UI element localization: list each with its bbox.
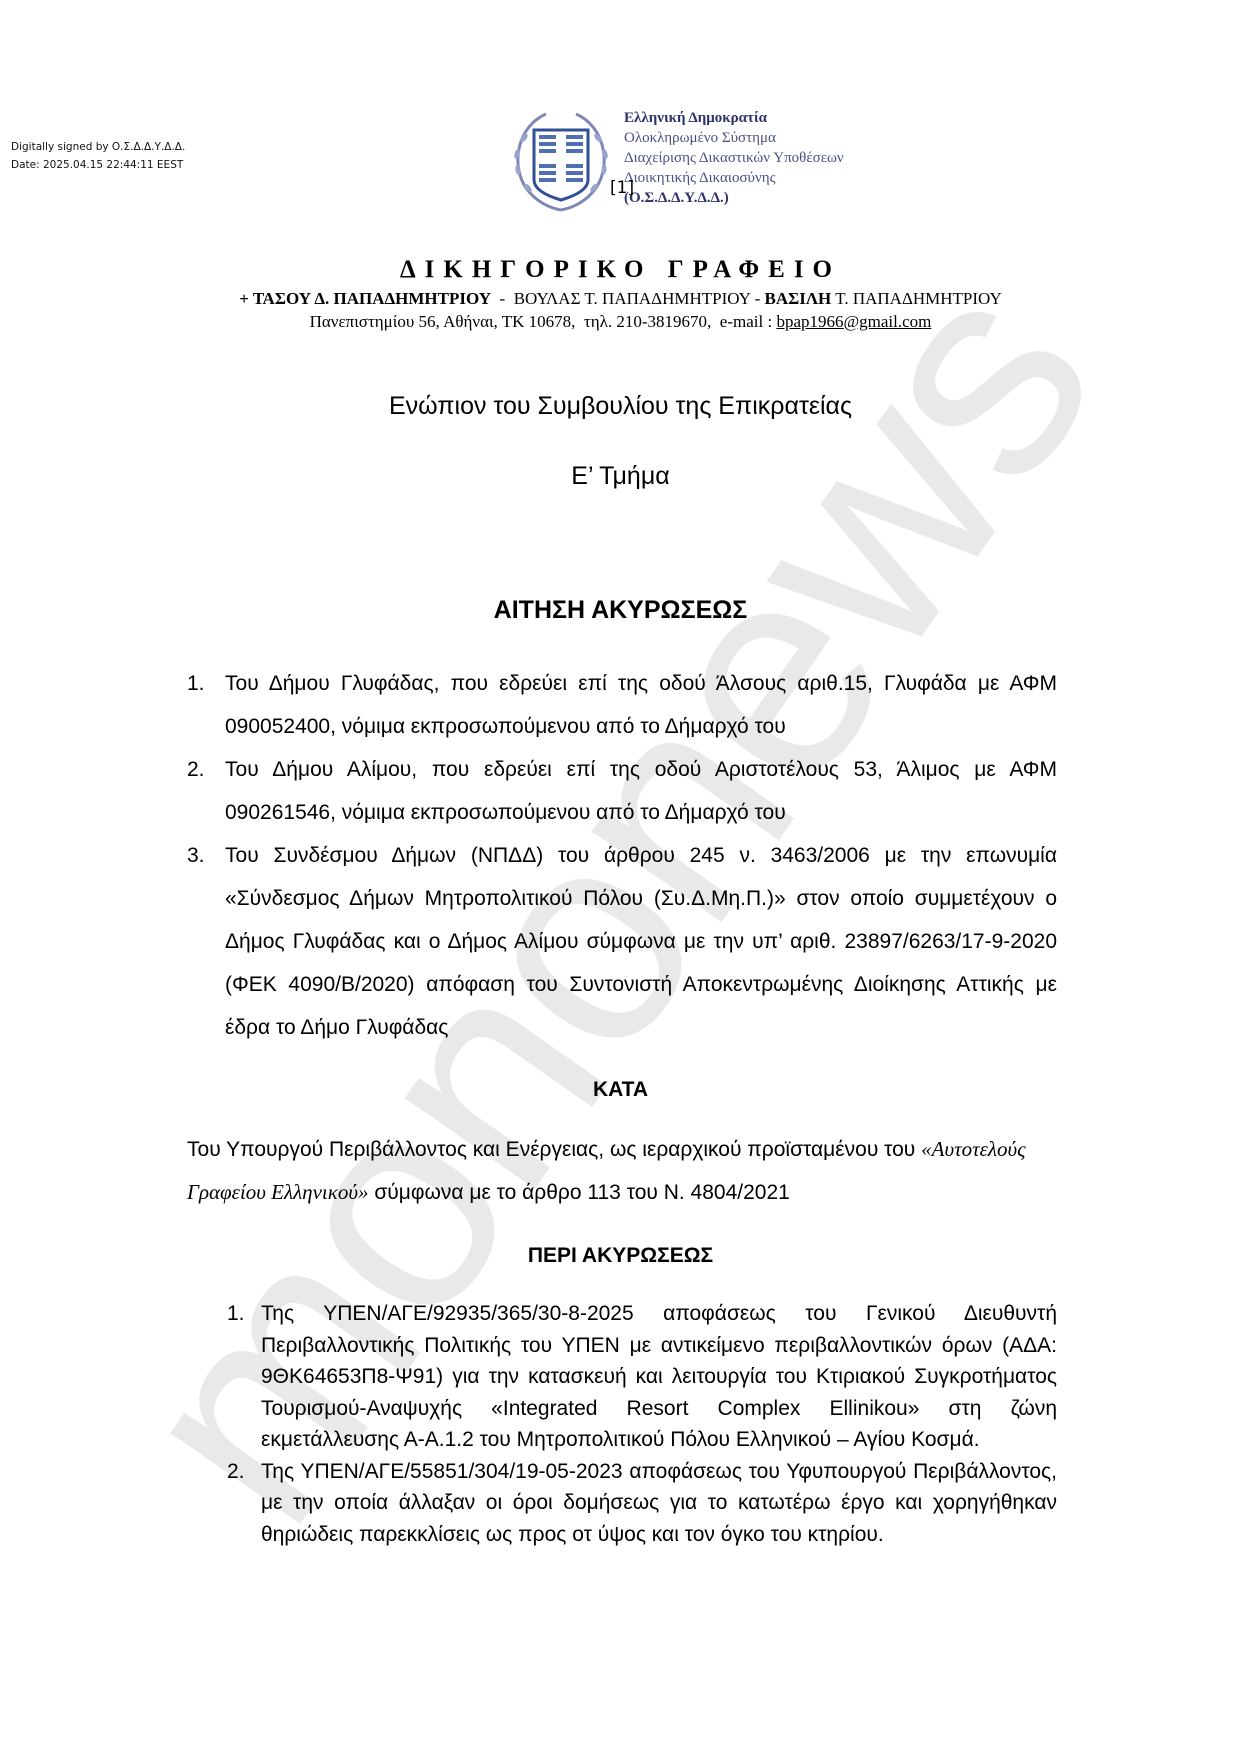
against-heading: ΚΑΤΑ: [0, 1078, 1241, 1102]
office-lawyers: + ΤΑΣΟΥ Δ. ΠΑΠΑΔΗΜΗΤΡΙΟΥ - ΒΟΥΛΑΣ Τ. ΠΑΠ…: [0, 289, 1241, 309]
list-number: 2.: [187, 748, 225, 834]
respondent-text: Του Υπουργού Περιβάλλοντος και Ενέργειας…: [187, 1138, 921, 1161]
email-link[interactable]: bpap1966@gmail.com: [776, 312, 931, 331]
separator: -: [491, 289, 514, 308]
petition-title: ΑΙΤΗΣΗ ΑΚΥΡΩΣΕΩΣ: [0, 596, 1241, 625]
reference-marker: [1]: [610, 178, 634, 198]
list-item: 3. Του Συνδέσμου Δήμων (ΝΠΔΔ) του άρθρου…: [187, 834, 1057, 1049]
list-number: 1.: [227, 1298, 261, 1456]
separator: -: [750, 289, 764, 308]
list-number: 1.: [187, 662, 225, 748]
list-number: 3.: [187, 834, 225, 1049]
lawyer-3-last: Τ. ΠΑΠΑΔΗΜΗΤΡΙΟΥ: [831, 289, 1001, 308]
list-item: 2. Του Δήμου Αλίμου, που εδρεύει επί της…: [187, 748, 1057, 834]
signature-signer: Digitally signed by Ο.Σ.Δ.Δ.Υ.Δ.Δ.: [11, 138, 185, 156]
logo-line-3: Διαχείρισης Δικαστικών Υποθέσεων: [624, 148, 844, 168]
annulment-heading: ΠΕΡΙ ΑΚΥΡΩΣΕΩΣ: [0, 1244, 1241, 1268]
logo-line-2: Ολοκληρωμένο Σύστημα: [624, 128, 844, 148]
address-text: Πανεπιστημίου 56, Αθήναι, ΤΚ 10678, τηλ.…: [310, 312, 777, 331]
office-address: Πανεπιστημίου 56, Αθήναι, ΤΚ 10678, τηλ.…: [0, 312, 1241, 332]
osddydd-logo: Ελληνική Δημοκρατία Ολοκληρωμένο Σύστημα…: [506, 104, 926, 216]
decisions-list: 1. Της ΥΠΕΝ/ΑΓΕ/92935/365/30-8-2025 αποφ…: [227, 1298, 1057, 1550]
signature-date: Date: 2025.04.15 22:44:11 EEST: [11, 156, 185, 174]
section-heading: Ε’ Τμήμα: [0, 462, 1241, 491]
list-item: 1. Της ΥΠΕΝ/ΑΓΕ/92935/365/30-8-2025 αποφ…: [227, 1298, 1057, 1456]
respondent-paragraph: Του Υπουργού Περιβάλλοντος και Ενέργειας…: [187, 1128, 1057, 1214]
document-page: mononews Digitally signed by Ο.Σ.Δ.Δ.Υ.Δ…: [0, 0, 1241, 1755]
list-item: 1. Του Δήμου Γλυφάδας, που εδρεύει επί τ…: [187, 662, 1057, 748]
list-text: Της ΥΠΕΝ/ΑΓΕ/55851/304/19-05-2023 αποφάσ…: [261, 1456, 1057, 1551]
list-item: 2. Της ΥΠΕΝ/ΑΓΕ/55851/304/19-05-2023 απο…: [227, 1456, 1057, 1551]
digital-signature: Digitally signed by Ο.Σ.Δ.Δ.Υ.Δ.Δ. Date:…: [11, 138, 185, 174]
logo-text: Ελληνική Δημοκρατία Ολοκληρωμένο Σύστημα…: [624, 108, 844, 208]
respondent-rest: σύμφωνα με το άρθρο 113 του Ν. 4804/2021: [368, 1181, 789, 1204]
office-title: ΔΙΚΗΓΟΡΙΚΟ ΓΡΑΦΕΙΟ: [0, 256, 1241, 284]
petitioners-list: 1. Του Δήμου Γλυφάδας, που εδρεύει επί τ…: [187, 662, 1057, 1049]
lawyer-prefix: +: [239, 289, 253, 308]
list-text: Του Δήμου Γλυφάδας, που εδρεύει επί της …: [225, 662, 1057, 748]
list-text: Του Δήμου Αλίμου, που εδρεύει επί της οδ…: [225, 748, 1057, 834]
logo-line-5: (Ο.Σ.Δ.Δ.Υ.Δ.Δ.): [624, 188, 844, 208]
logo-line-4: Διοικητικής Δικαιοσύνης: [624, 168, 844, 188]
court-heading: Ενώπιον του Συμβουλίου της Επικρατείας: [0, 392, 1241, 421]
lawyer-2: ΒΟΥΛΑΣ Τ. ΠΑΠΑΔΗΜΗΤΡΙΟΥ: [514, 289, 751, 308]
list-number: 2.: [227, 1456, 261, 1551]
list-text: Του Συνδέσμου Δήμων (ΝΠΔΔ) του άρθρου 24…: [225, 834, 1057, 1049]
list-text: Της ΥΠΕΝ/ΑΓΕ/92935/365/30-8-2025 αποφάσε…: [261, 1298, 1057, 1456]
lawyer-1: ΤΑΣΟΥ Δ. ΠΑΠΑΔΗΜΗΤΡΙΟΥ: [253, 289, 491, 308]
logo-line-1: Ελληνική Δημοκρατία: [624, 108, 844, 128]
lawyer-3-first: ΒΑΣΙΛΗ: [765, 289, 832, 308]
greek-coat-of-arms-icon: [506, 104, 616, 216]
